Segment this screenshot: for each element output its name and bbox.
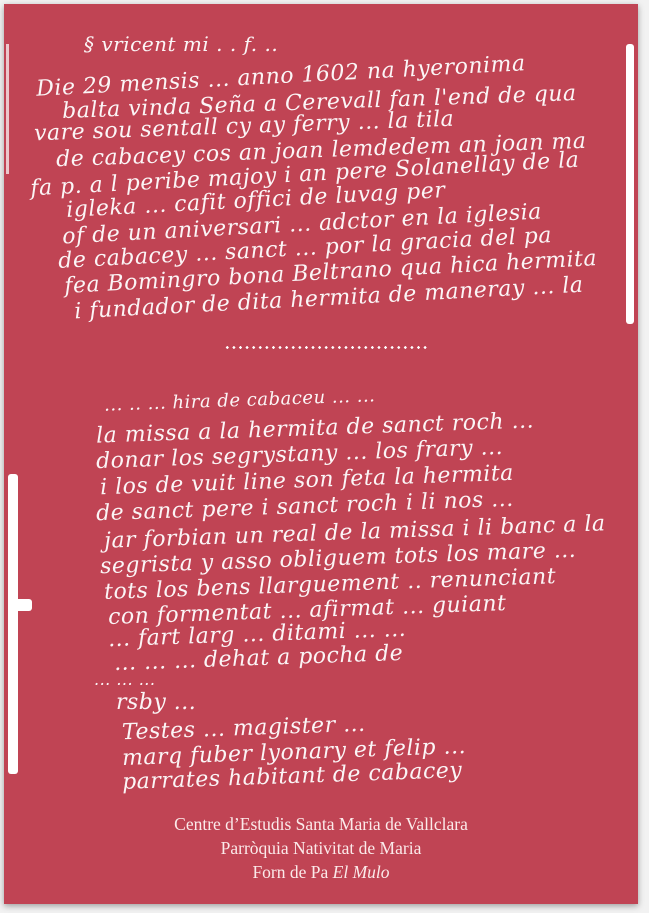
manuscript-fragment-bottom: ... .. ... hira de cabaceu ... ... la mi… — [4, 384, 638, 794]
credit-line-parroquia: Parròquia Nativitat de Maria — [4, 836, 638, 860]
credit-line-forn-de-pa: Forn de Pa El Mulo — [4, 860, 638, 884]
torn-edge-top-left — [6, 44, 9, 174]
manuscript-line: § vricent mi . . f. .. — [84, 32, 278, 56]
manuscript-fragment-top: § vricent mi . . f. .. Die 29 mensis ...… — [4, 24, 638, 324]
credit-line-centre-estudis: Centre d’Estudis Santa Maria de Vallclar… — [4, 812, 638, 836]
manuscript-line: rsby ... — [116, 690, 196, 715]
manuscript-line: ... .. ... hira de cabaceu ... ... — [104, 385, 376, 415]
document-page: § vricent mi . . f. .. Die 29 mensis ...… — [4, 4, 638, 904]
dotted-separator — [224, 346, 430, 349]
credit-forn-name: El Mulo — [333, 862, 390, 882]
credits-footer: Centre d’Estudis Santa Maria de Vallclar… — [4, 812, 638, 884]
torn-edge-top-right — [626, 44, 634, 324]
manuscript-line: ... ... ... — [94, 670, 155, 689]
credit-forn-prefix: Forn de Pa — [252, 862, 332, 882]
